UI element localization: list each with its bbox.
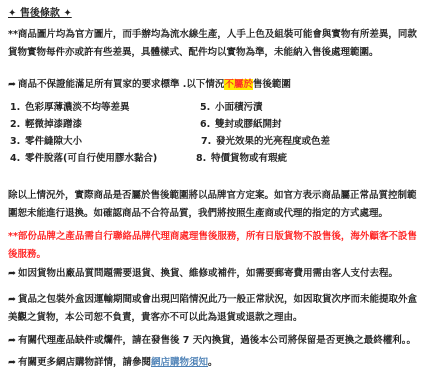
exclusions-highlight: 不屬於 — [224, 79, 253, 90]
page-title: ✦ 售後條款 ✦ — [8, 4, 72, 19]
missing-parts-paragraph: ➦有關代理產品缺件或爛件，請在發售後 7 天內換貨，過後本公司將保留是否更換之最… — [8, 332, 422, 350]
list-item: 4.零件脫落(可自行使用膠水黏合) — [10, 150, 157, 167]
quality-line-2: 圍恕未能進行退換。如確認商品不合符品質，我們將按照生產商或代理的指定的方式處理。 — [8, 205, 422, 223]
more-info-prefix: 有關更多網店購物詳情，請參閱 — [18, 357, 151, 368]
shopping-guide-link[interactable]: 網店購物須知 — [151, 357, 208, 368]
packaging-line-2: 美觀之貨物，本公司恕不負責，貴客亦不可以此為退貨或退款之理由。 — [8, 309, 422, 327]
list-item: 8.特價貨物或有瑕疵 — [196, 150, 330, 167]
arrow-icon: ➦ — [8, 335, 16, 346]
brand-notice: **部份品牌之產品需自行聯絡品牌代理商處理售後服務，所有日版貨物不設售後，海外顧… — [8, 228, 422, 264]
defect-paragraph: ➦如因貨物出廠品質問題需要退貨、換貨、維修或補件，如需要郵寄費用需由客人支付去程… — [8, 265, 422, 283]
brand-notice-line-2: 後服務。 — [8, 246, 422, 264]
list-item: 3.零件縫隙大小 — [10, 133, 157, 150]
exclusions-list-left: 1.色彩厚薄濃淡不均等差異 2.輕微掉漆蹭漆 3.零件縫隙大小 4.零件脫落(可… — [10, 99, 157, 167]
list-item: 2.輕微掉漆蹭漆 — [10, 116, 157, 133]
packaging-paragraph: ➦貨品之包裝外盒因運輸期間或會出現凹陷情況此乃一般正常狀況，如因取貨次序而未能提… — [8, 291, 422, 327]
brand-notice-line-1: **部份品牌之產品需自行聯絡品牌代理商處理售後服務，所有日版貨物不設售後，海外顧… — [8, 228, 422, 246]
quality-paragraph: 除以上情況外，實際商品是否屬於售後範圍將以品牌官方定案。如官方表示商品屬正常品質… — [8, 187, 422, 223]
list-item: 1.色彩厚薄濃淡不均等差異 — [10, 99, 157, 116]
arrow-icon: ➦ — [8, 79, 16, 90]
intro-line-1: **商品圖片均為官方圖片，而手辦均為流水線生產，人手上色及組裝可能會與實物有所差… — [8, 26, 422, 44]
exclusions-heading: ➦商品不保證能滿足所有買家的要求標準 .以下情況不屬於售後範圍 — [8, 76, 422, 94]
list-item: 6.雙封或膠紙開封 — [200, 116, 330, 133]
arrow-icon: ➦ — [8, 268, 16, 279]
arrow-icon: ➦ — [8, 357, 16, 368]
list-item: 5.小面積污漬 — [200, 99, 330, 116]
list-item: 7.發光效果的光亮程度或色差 — [201, 133, 330, 150]
intro-line-2: 貨物實物每件亦或許有些差異，具體樣式、配件均以實物為準，未能納入售後處理範圍。 — [8, 44, 422, 62]
quality-line-1: 除以上情況外，實際商品是否屬於售後範圍將以品牌官方定案。如官方表示商品屬正常品質… — [8, 187, 422, 205]
more-info-paragraph: ➦有關更多網店購物詳情，請參閱網店購物須知。 — [8, 354, 422, 372]
arrow-icon: ➦ — [8, 294, 16, 305]
defect-text: 如因貨物出廠品質問題需要退貨、換貨、維修或補件，如需要郵寄費用需由客人支付去程。 — [18, 268, 398, 279]
packaging-line-1: 貨品之包裝外盒因運輸期間或會出現凹陷情況此乃一般正常狀況，如因取貨次序而未能提取… — [18, 294, 417, 305]
intro-paragraph: **商品圖片均為官方圖片，而手辦均為流水線生產，人手上色及組裝可能會與實物有所差… — [8, 26, 422, 62]
more-info-suffix: 。 — [208, 357, 218, 368]
exclusions-suffix: 售後範圍 — [253, 79, 291, 90]
missing-parts-text: 有關代理產品缺件或爛件，請在發售後 7 天內換貨，過後本公司將保留是否更換之最終… — [18, 335, 416, 346]
exclusions-prefix: 商品不保證能滿足所有買家的要求標準 .以下情況 — [18, 79, 224, 90]
exclusions-list-right: 5.小面積污漬 6.雙封或膠紙開封 7.發光效果的光亮程度或色差 8.特價貨物或… — [200, 99, 330, 167]
